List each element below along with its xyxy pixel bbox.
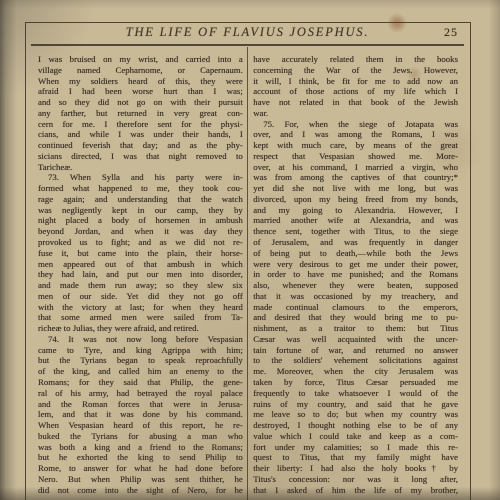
column-divider-rule [247, 47, 248, 500]
text-line: formed what happened to me, they took co… [38, 183, 243, 194]
text-line: with the victory at last; for when they … [38, 302, 243, 313]
text-line: value which I could take and keep as a c… [253, 431, 458, 442]
text-line: over, at his command, I married a virgin… [253, 162, 458, 173]
text-line: Taricheæ. [38, 162, 243, 173]
text-line: sicians directed, I was that night remov… [38, 151, 243, 162]
text-line: made continual clamours to the emperors, [253, 302, 458, 313]
text-line: ruins of my country, and said that he ga… [253, 399, 458, 410]
text-line: beyond Jordan, and when it was day they [38, 226, 243, 237]
text-line: and the Roman forces that were in Jerusa… [38, 399, 243, 410]
text-line: to the soldiers' vehement solicitations … [253, 355, 458, 366]
text-line: of Jerusalem, and was frequently in dang… [253, 237, 458, 248]
text-line: were very desirous to get me under their… [253, 259, 458, 270]
text-line: 75. For, when the siege of Jotapata was [253, 119, 458, 130]
text-line: concerning the War of the Jews. However, [253, 65, 458, 76]
text-line: they had lain, and put our men into diso… [38, 269, 243, 280]
text-line: yet did she not live with me long, but w… [253, 183, 458, 194]
text-line: respect that Vespasian showed me. More- [253, 151, 458, 162]
text-line: richeæ to Julias, they were afraid, and … [38, 323, 243, 334]
text-line: it will, I think, be fit for me to add n… [253, 76, 458, 87]
text-line: that it was occasioned by my treachery, … [253, 291, 458, 302]
text-columns: I was bruised on my wrist, and carried i… [38, 47, 458, 500]
text-line: kept with much care, by means of the gre… [253, 140, 458, 151]
text-line: over, and I was among the Romans, I was [253, 129, 458, 140]
text-column-right: have accurately related them in the book… [253, 47, 458, 500]
text-line: 73. When Sylla and his party were in- [38, 172, 243, 183]
text-line: lem, and that it was done by his command… [38, 409, 243, 420]
text-line: also, whenever they were beaten, suppose… [253, 280, 458, 291]
text-line: of being put to death,—while both the Je… [253, 248, 458, 259]
text-line: men appeared out of that ambush in which [38, 259, 243, 270]
text-line: destroyed, I thought nothing else to be … [253, 420, 458, 431]
text-line: tain fortune of war, and returned no ans… [253, 345, 458, 356]
text-line: taken by force, Titus Cæsar persuaded me [253, 377, 458, 388]
running-title: THE LIFE OF FLAVIUS JOSEPHUS. [126, 25, 370, 39]
text-line: fuse it, but came into the plain, their … [38, 248, 243, 259]
text-line: me. Moreover, when the city Jerusalem wa… [253, 366, 458, 377]
text-line: rage again; and understanding that the w… [38, 194, 243, 205]
text-line: men of our side. Yet did they not go off [38, 291, 243, 302]
text-line: any farther, but returned in very great … [38, 108, 243, 119]
header-rule [31, 44, 464, 46]
text-line: 74. It was not now long before Vespasian [38, 334, 243, 345]
text-line: was both a king and a friend to the Roma… [38, 442, 243, 453]
text-line: that some armed men were sailed from Ta- [38, 312, 243, 323]
text-line: fort under my calamities; so I made this… [253, 442, 458, 453]
text-line: thence sent, together with Titus, to the… [253, 226, 458, 237]
text-line: nishment, as a traitor to them: but Titu… [253, 323, 458, 334]
text-column-left: I was bruised on my wrist, and carried i… [38, 47, 243, 500]
text-line: cern for me. I therefore sent for the ph… [38, 119, 243, 130]
text-line: provoked us to fight; and as we did not … [38, 237, 243, 248]
text-line: afraid I had been worse hurt than I was; [38, 86, 243, 97]
text-line: but the Tyrians began to speak reproachf… [38, 355, 243, 366]
text-line: Rome, to answer for what he had done bef… [38, 463, 243, 474]
text-line: married another wife at Alexandria, and … [253, 215, 458, 226]
text-line: was from among the captives of that coun… [253, 172, 458, 183]
text-line: Cæsar was well acquainted with the uncer… [253, 334, 458, 345]
text-line: in order to have me punished; and the Ro… [253, 269, 458, 280]
text-line: me leave so to do; but when my country w… [253, 409, 458, 420]
text-line: buked the Tyrians for abusing a man who [38, 431, 243, 442]
text-line: have not related in that book of the Jew… [253, 97, 458, 108]
scanned-book-page: THE LIFE OF FLAVIUS JOSEPHUS. 25 I was b… [0, 0, 500, 500]
text-line: ral of his army, had betrayed the royal … [38, 388, 243, 399]
text-line: village named Cepharnome, or Capernaum. [38, 65, 243, 76]
text-line: I was bruised on my wrist, and carried i… [38, 54, 243, 65]
text-line: quest to Titus, that my family might hav… [253, 452, 458, 463]
text-line: have accurately related them in the book… [253, 54, 458, 65]
text-line: night placed a body of horsemen in ambus… [38, 215, 243, 226]
text-line: and desired that they would bring me to … [253, 312, 458, 323]
text-line: and made them run away; so they slew six [38, 280, 243, 291]
text-line: war. [253, 108, 458, 119]
text-line: and my going to Alexandria. However, I [253, 205, 458, 216]
text-line: When my soldiers heard of this, they wer… [38, 76, 243, 87]
text-line: but he exhorted the king to send Philip … [38, 452, 243, 463]
text-line: was negligently kept in our camp, they b… [38, 205, 243, 216]
text-line: Romans; for they said that Philip, the g… [38, 377, 243, 388]
page-number: 25 [444, 25, 458, 40]
page-header: THE LIFE OF FLAVIUS JOSEPHUS. [25, 25, 470, 43]
text-line: account of those actions of my life whic… [253, 86, 458, 97]
text-line: frequently to take whatsoever I would of… [253, 388, 458, 399]
text-line: continued feverish that day; and as the … [38, 140, 243, 151]
text-line: of the king, and called him an enemy to … [38, 366, 243, 377]
text-line: Nero. But when Philip was sent thither, … [38, 474, 243, 485]
text-line: and so they did not go on with their pur… [38, 97, 243, 108]
text-line: came to Tyre, and king Agrippa with him; [38, 345, 243, 356]
text-line: that I asked of him the life of my broth… [253, 485, 458, 496]
text-line: When Vespasian heard of this report, he … [38, 420, 243, 431]
text-line: cians, and while I was under their hands… [38, 129, 243, 140]
text-line: divorced, upon my being freed from my bo… [253, 194, 458, 205]
text-line: Titus's concession: nor was it long afte… [253, 474, 458, 485]
text-line: did not come into the sight of Nero, for… [38, 485, 243, 496]
text-line: their liberty: I had also the holy books… [253, 463, 458, 474]
